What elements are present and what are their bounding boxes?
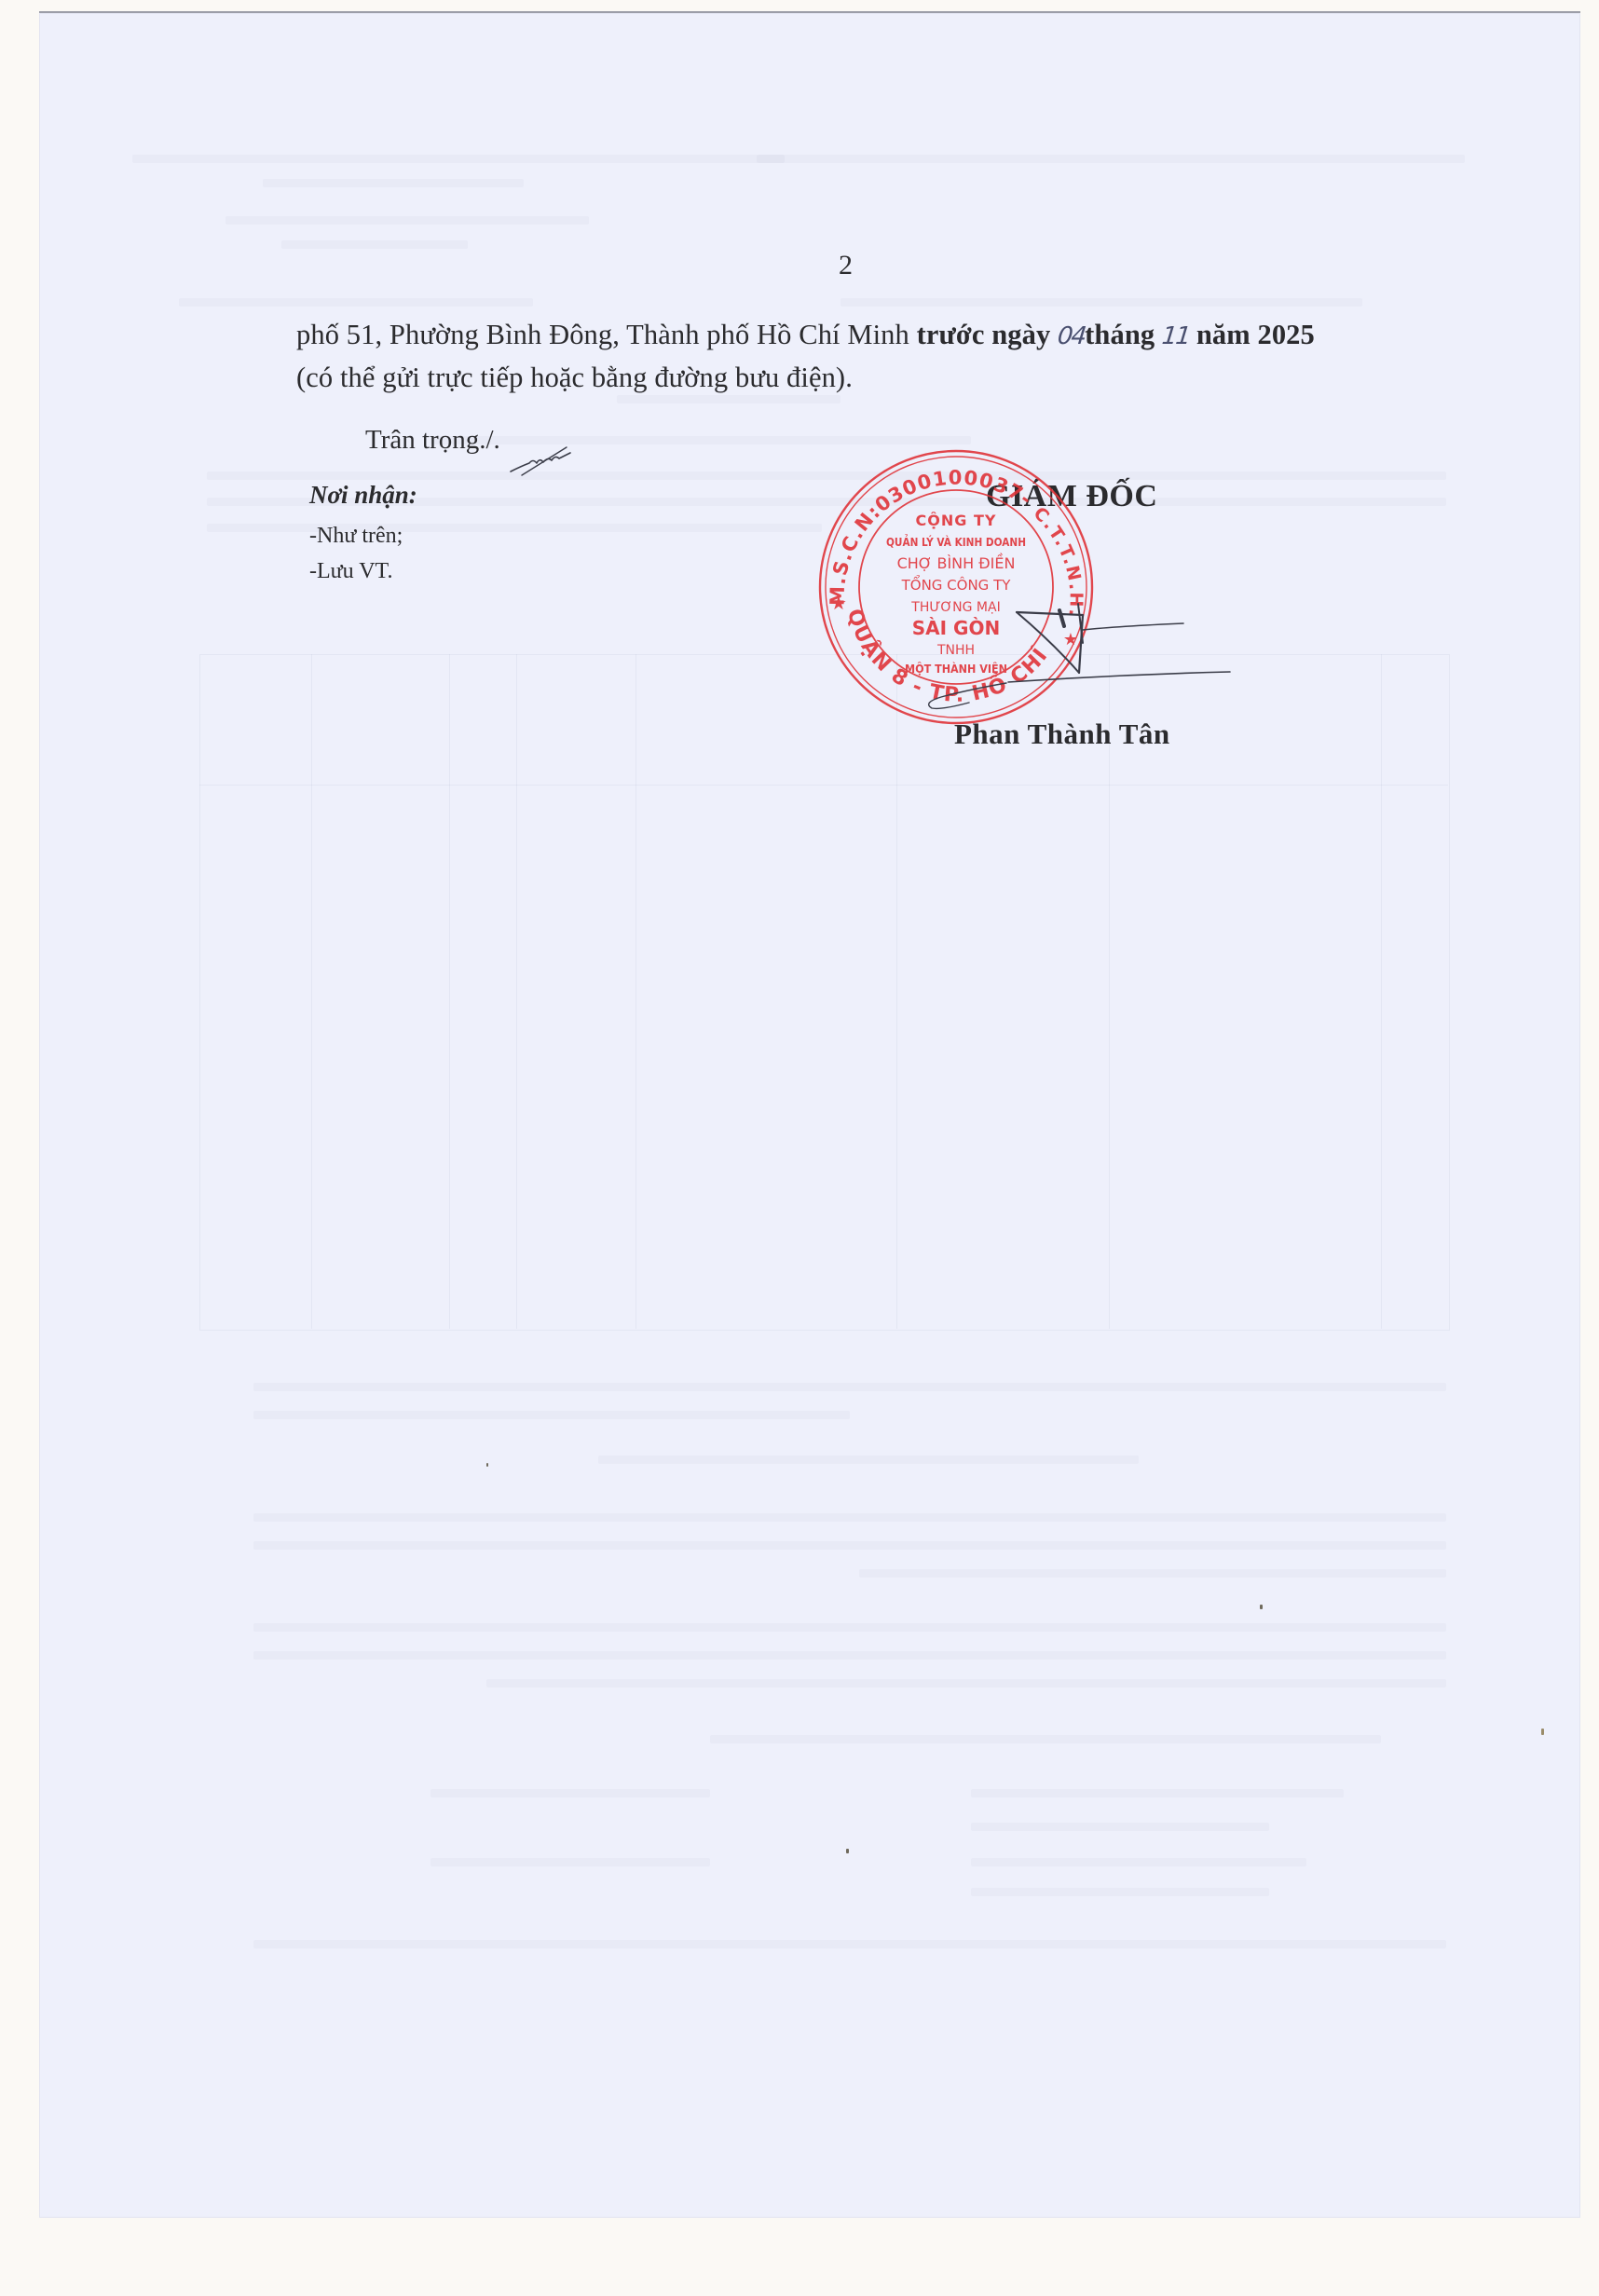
svg-text:★: ★ — [830, 592, 847, 614]
body-line-delivery: (có thể gửi trực tiếp hoặc bằng đường bư… — [296, 362, 853, 394]
svg-text:CHỢ BÌNH ĐIỀN: CHỢ BÌNH ĐIỀN — [897, 553, 1016, 572]
company-seal-icon: M.S.C.N:0300100037-006 C.T.T.N.H.H QUẬN … — [811, 445, 1101, 736]
svg-text:THƯƠNG MẠI: THƯƠNG MẠI — [910, 600, 1000, 615]
body-line-address: phố 51, Phường Bình Đông, Thành phố Hồ C… — [296, 319, 1315, 351]
svg-text:CỘNG TY: CỘNG TY — [916, 511, 997, 529]
svg-text:TỔNG CÔNG TY: TỔNG CÔNG TY — [901, 574, 1012, 594]
closing-regards: Trân trọng./. — [365, 425, 500, 456]
svg-text:QUẢN LÝ VÀ KINH DOANH: QUẢN LÝ VÀ KINH DOANH — [886, 534, 1026, 549]
recipients-title: Nơi nhận: — [309, 481, 417, 510]
scan-speck — [1541, 1729, 1544, 1735]
month-label: tháng — [1085, 319, 1155, 350]
svg-text:★: ★ — [1063, 630, 1078, 649]
address-text: phố 51, Phường Bình Đông, Thành phố Hồ C… — [296, 319, 917, 350]
svg-text:SÀI GÒN: SÀI GÒN — [912, 617, 1000, 639]
handwritten-month: 11 — [1160, 322, 1190, 350]
scan-speck — [486, 1463, 488, 1467]
scan-speck — [1260, 1605, 1263, 1609]
recipient-item: -Lưu VT. — [309, 559, 392, 584]
recipient-item: -Như trên; — [309, 524, 403, 549]
svg-text:MỘT THÀNH VIÊN: MỘT THÀNH VIÊN — [905, 662, 1007, 676]
page-number: 2 — [839, 250, 853, 281]
svg-text:TNHH: TNHH — [936, 643, 975, 658]
handwritten-day: 04 — [1057, 322, 1086, 350]
deadline-label: trước ngày — [917, 319, 1051, 350]
year-label: năm 2025 — [1196, 319, 1315, 350]
scan-speck — [846, 1849, 849, 1853]
